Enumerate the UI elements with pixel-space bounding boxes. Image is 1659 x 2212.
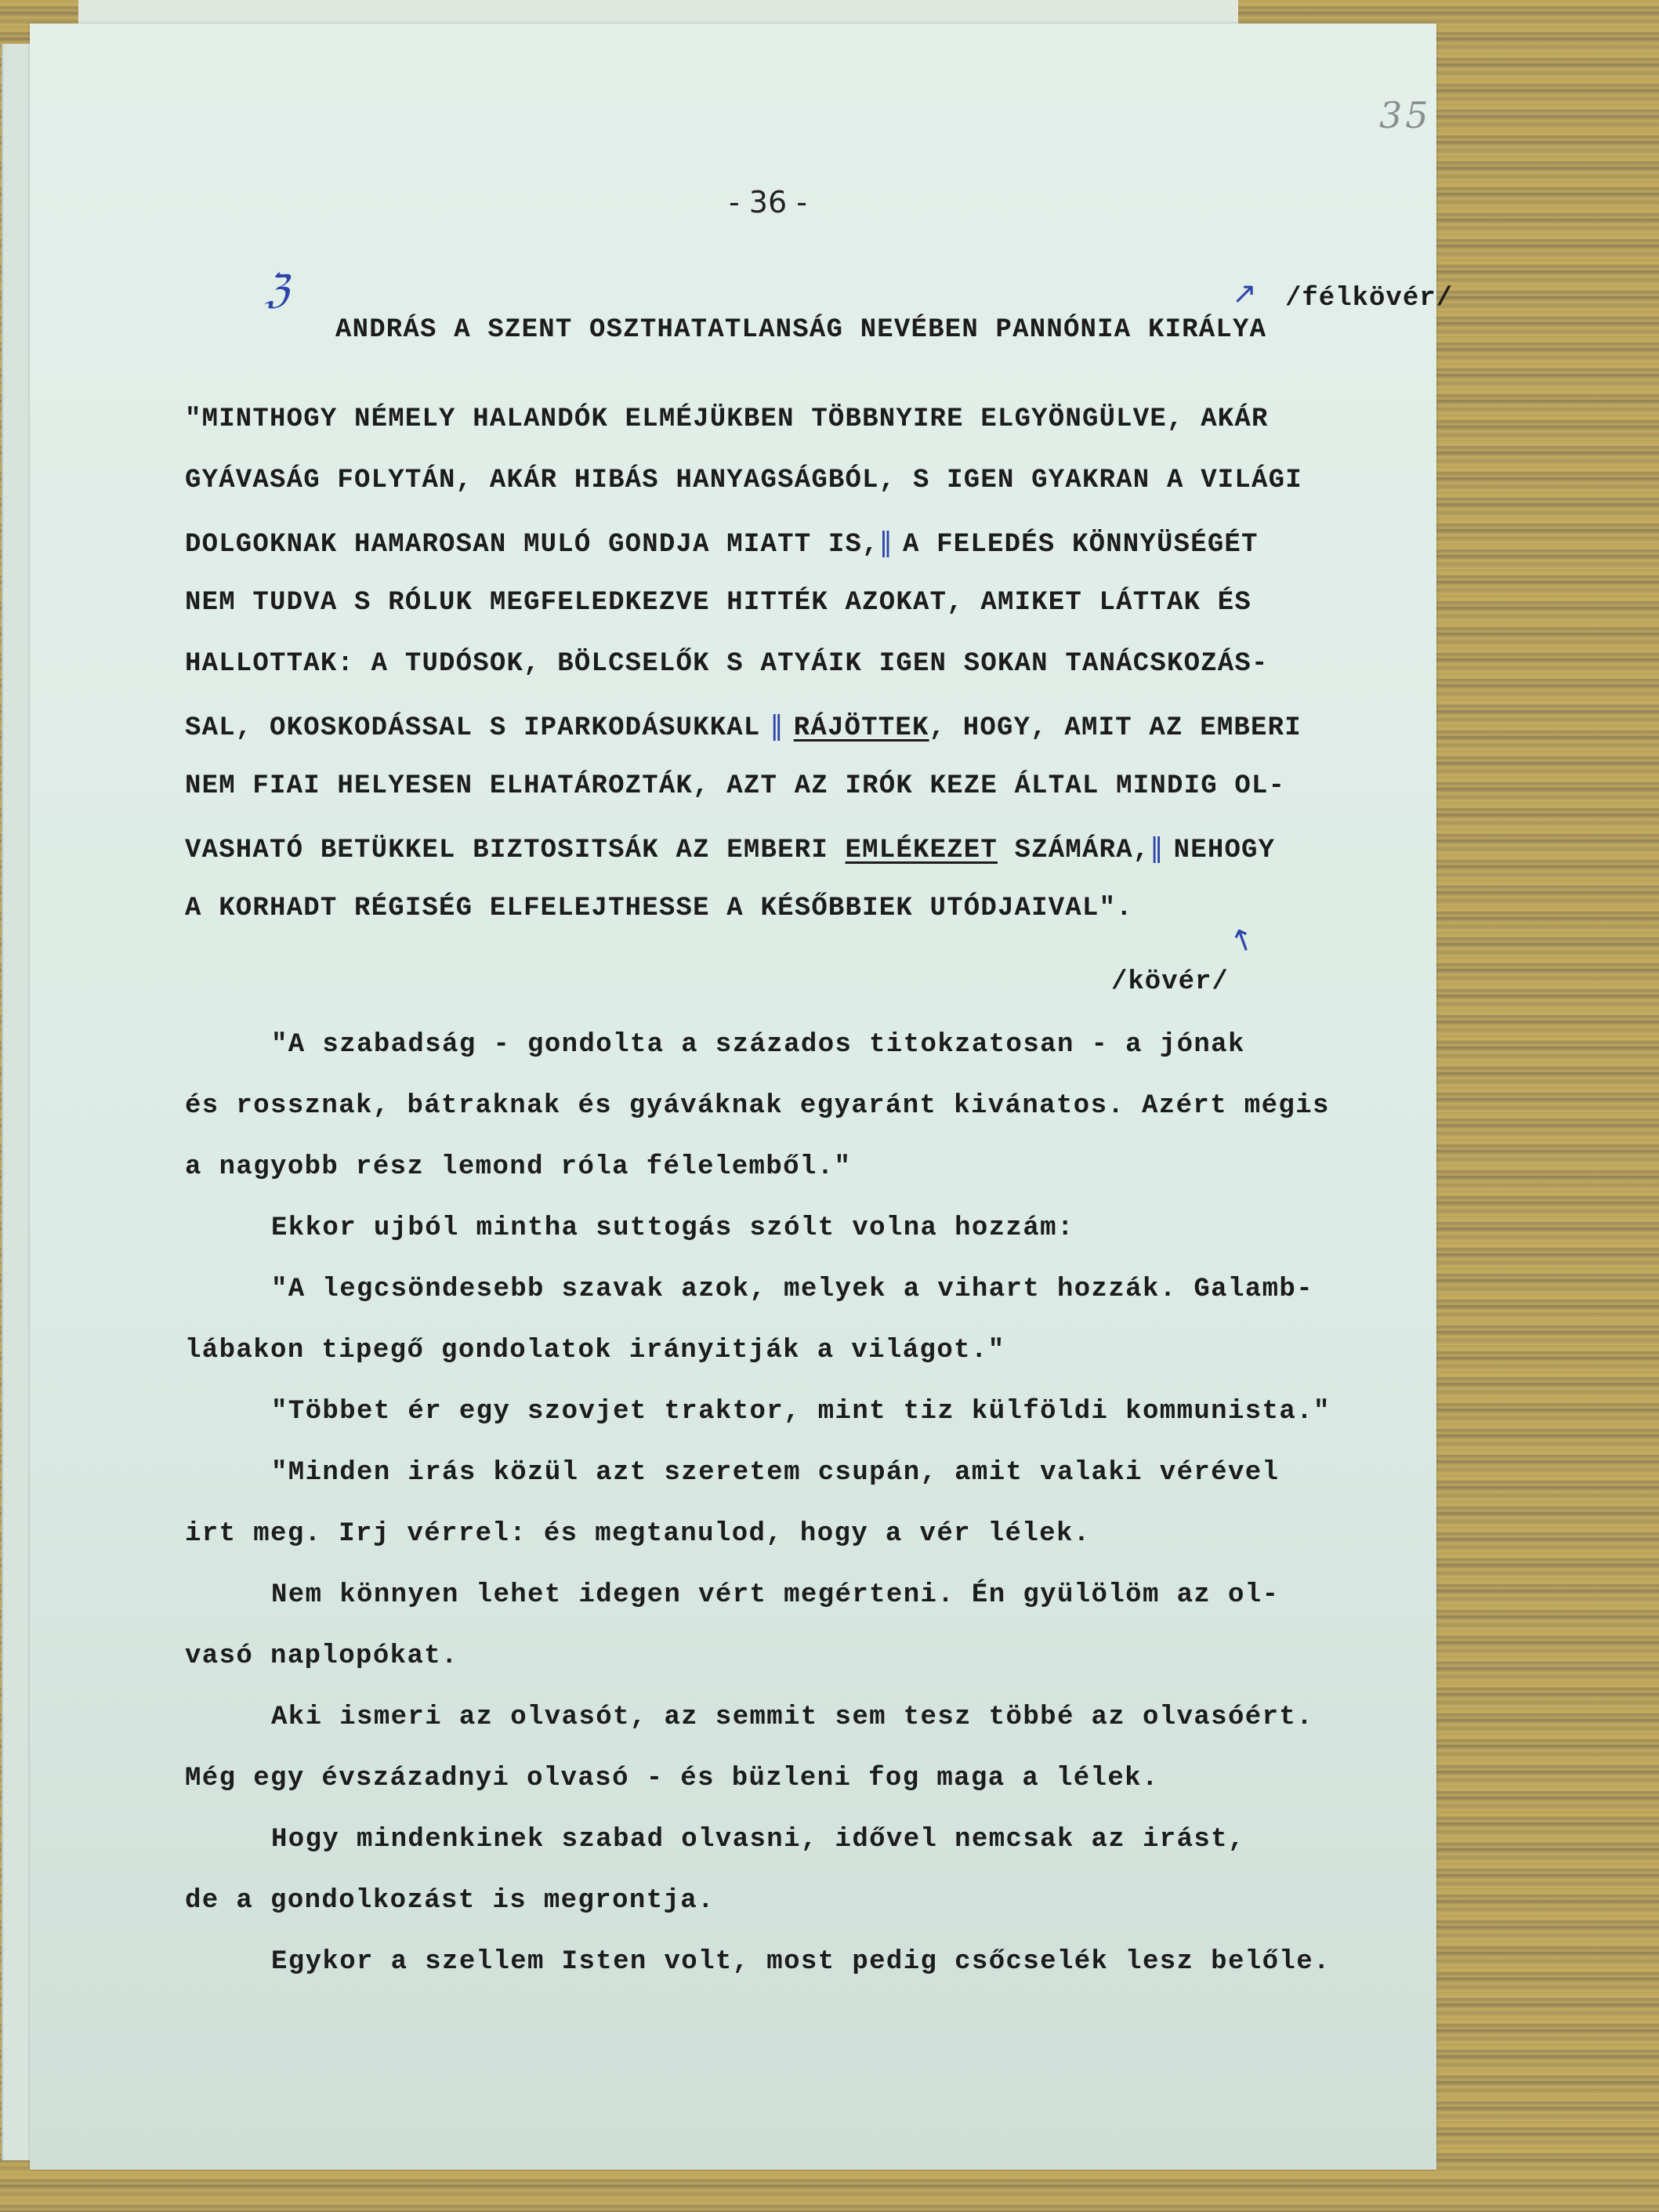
charter-line: "MINTHOGY NÉMELY HALANDÓK ELMÉJÜKBEN TÖB…	[185, 404, 1269, 434]
charter-line: NEM FIAI HELYESEN ELHATÁROZTÁK, AZT AZ I…	[185, 771, 1285, 801]
proofreading-margin-mark-icon: ℨ	[265, 267, 289, 312]
body-line: és rossznak, bátraknak és gyáváknak egya…	[185, 1091, 1330, 1121]
line-break-mark-icon: ‖	[1150, 832, 1173, 864]
body-line: Aki ismeri az olvasót, az semmit sem tes…	[271, 1703, 1313, 1732]
charter-title: ANDRÁS A SZENT OSZTHATATLANSÁG NEVÉBEN P…	[335, 315, 1266, 345]
body-line: "Minden irás közül azt szeretem csupán, …	[271, 1458, 1279, 1488]
body-line: irt meg. Irj vérrel: és megtanulod, hogy…	[185, 1519, 1091, 1549]
body-line: de a gondolkozást is megrontja.	[185, 1886, 715, 1916]
underlined-word: EMLÉKEZET	[846, 836, 998, 865]
body-line: "Többet ér egy szovjet traktor, mint tiz…	[271, 1397, 1331, 1427]
typed-page-number: - 36 -	[729, 185, 807, 219]
body-line: a nagyobb rész lemond róla félelemből."	[185, 1152, 851, 1182]
body-line: "A szabadság - gondolta a százados titok…	[271, 1030, 1245, 1060]
body-line: Egykor a szellem Isten volt, most pedig …	[271, 1947, 1331, 1977]
arrow-icon: ↗	[1232, 276, 1257, 310]
body-line: vasó naplopókat.	[185, 1641, 458, 1671]
charter-line: DOLGOKNAK HAMAROSAN MULÓ GONDJA MIATT IS…	[185, 527, 1259, 560]
line-break-mark-icon: ‖	[761, 710, 794, 742]
body-line: Nem könnyen lehet idegen vért megérteni.…	[271, 1580, 1279, 1610]
body-line: Hogy mindenkinek szabad olvasni, idővel …	[271, 1825, 1245, 1855]
charter-line: NEM TUDVA S RÓLUK MEGFELEDKEZVE HITTÉK A…	[185, 588, 1251, 618]
body-line: Ekkor ujból mintha suttogás szólt volna …	[271, 1213, 1074, 1243]
body-line: lábakon tipegő gondolatok irányitják a v…	[185, 1336, 1005, 1365]
charter-line: SAL, OKOSKODÁSSAL S IPARKODÁSUKKAL ‖ RÁJ…	[185, 710, 1302, 743]
charter-line: A KORHADT RÉGISÉG ELFELEJTHESSE A KÉSŐBB…	[185, 894, 1133, 923]
charter-line: GYÁVASÁG FOLYTÁN, AKÁR HIBÁS HANYAGSÁGBÓ…	[185, 466, 1302, 495]
underlined-word: RÁJÖTTEK	[794, 713, 929, 743]
body-line: Még egy évszázadnyi olvasó - és büzleni …	[185, 1764, 1159, 1793]
line-break-mark-icon: ‖	[879, 527, 903, 558]
handwritten-page-number: 35	[1379, 94, 1432, 136]
charter-line: HALLOTTAK: A TUDÓSOK, BÖLCSELŐK S ATYÁIK…	[185, 649, 1269, 679]
instruction-bold: /kövér/	[1111, 967, 1229, 997]
body-line: "A legcsöndesebb szavak azok, melyek a v…	[271, 1275, 1313, 1304]
charter-line: VASHATÓ BETÜKKEL BIZTOSITSÁK AZ EMBERI E…	[185, 832, 1275, 865]
instruction-semibold: /félkövér/	[1285, 284, 1453, 314]
